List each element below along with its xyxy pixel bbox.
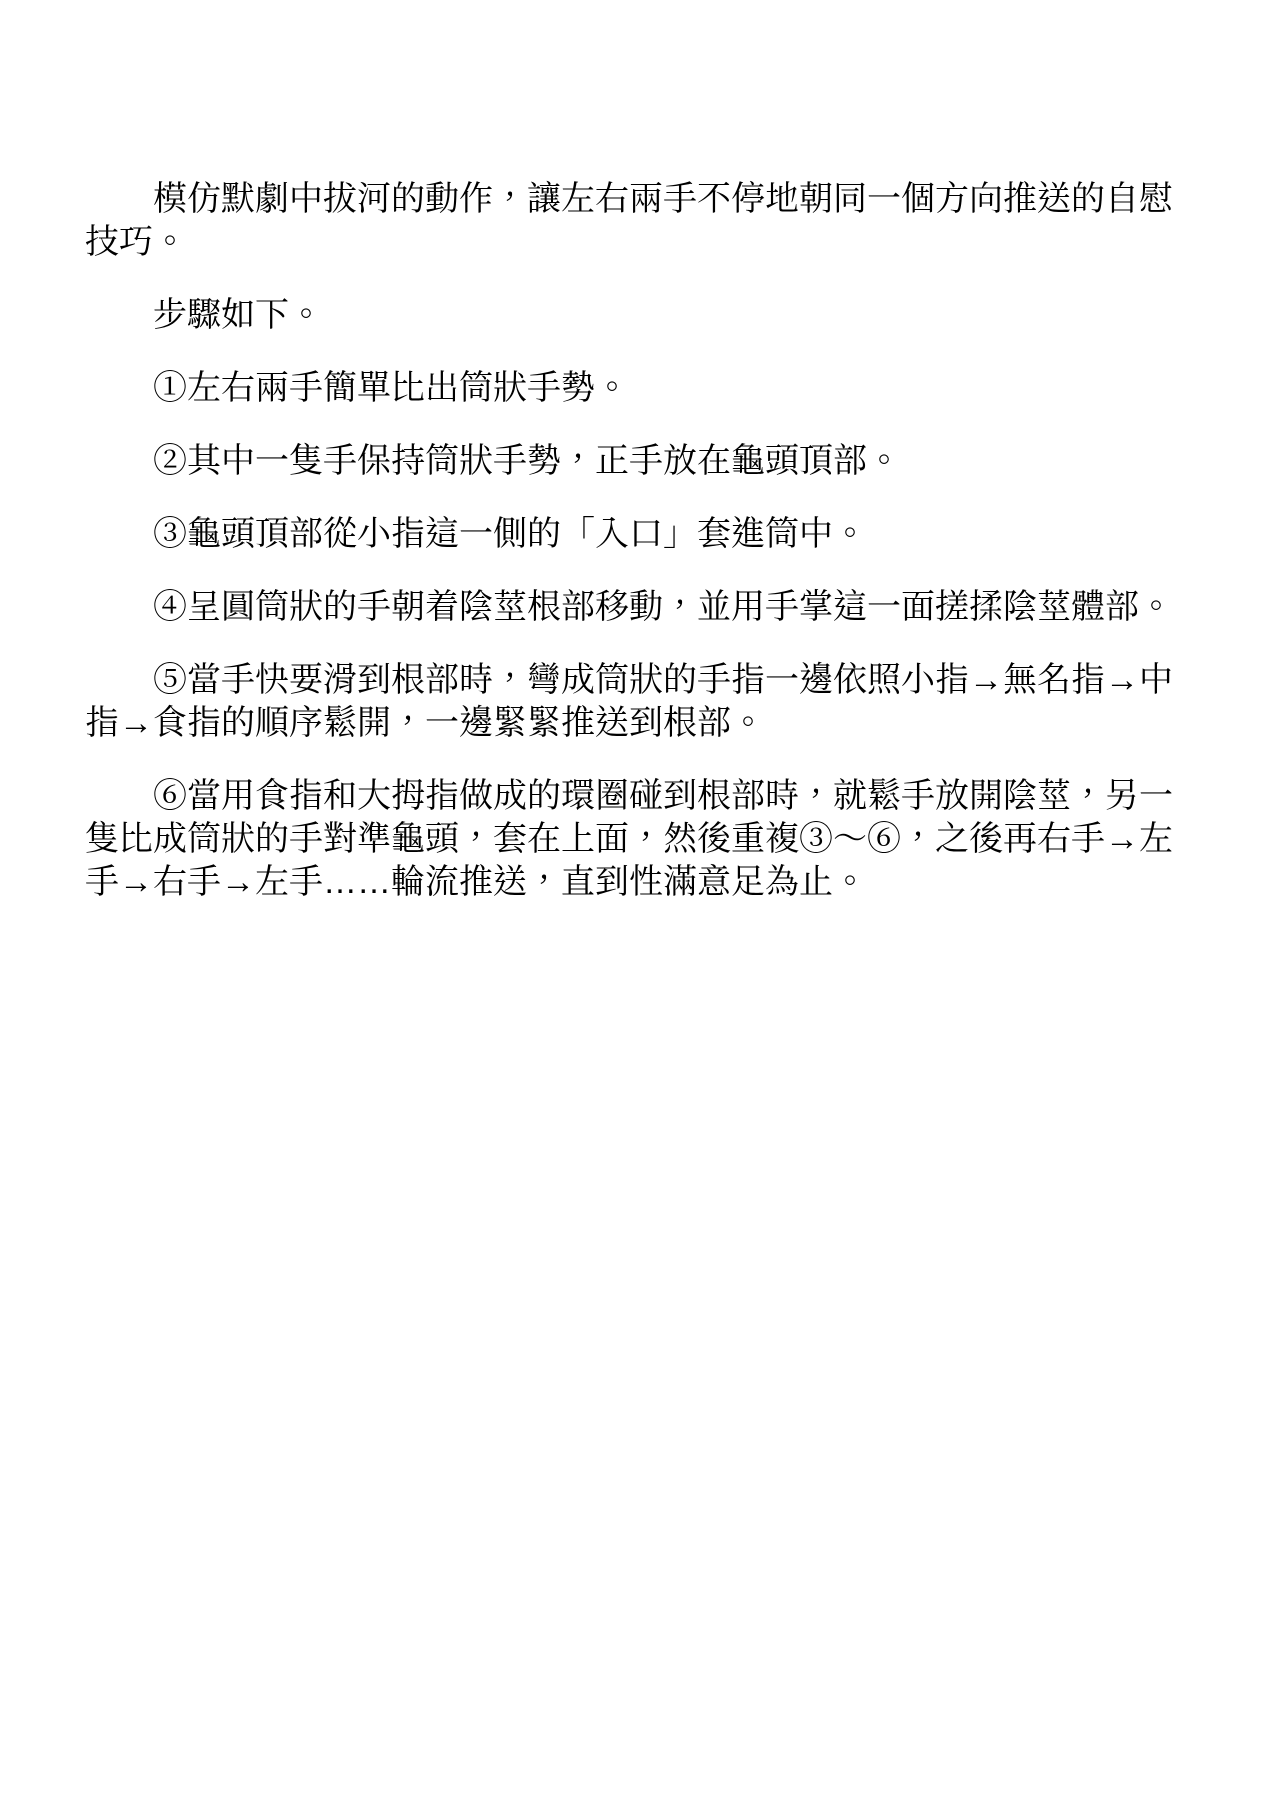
paragraph-step-5: ⑤當手快要滑到根部時，彎成筒狀的手指一邊依照小指→無名指→中指→食指的順序鬆開，… [85,659,1195,745]
document-body: 模仿默劇中拔河的動作，讓左右兩手不停地朝同一個方向推送的自慰技巧。 步驟如下。 … [85,178,1195,934]
paragraph-step-3: ③龜頭頂部從小指這一側的「入口」套進筒中。 [85,513,1195,556]
paragraph-steps-heading: 步驟如下。 [85,294,1195,337]
paragraph-step-4: ④呈圓筒狀的手朝着陰莖根部移動，並用手掌這一面搓揉陰莖體部。 [85,586,1195,629]
paragraph-step-6: ⑥當用食指和大拇指做成的環圈碰到根部時，就鬆手放開陰莖，另一隻比成筒狀的手對準龜… [85,775,1195,904]
paragraph-step-2: ②其中一隻手保持筒狀手勢，正手放在龜頭頂部。 [85,440,1195,483]
paragraph-step-1: ①左右兩手簡單比出筒狀手勢。 [85,367,1195,410]
paragraph-intro: 模仿默劇中拔河的動作，讓左右兩手不停地朝同一個方向推送的自慰技巧。 [85,178,1195,264]
document-page: 模仿默劇中拔河的動作，讓左右兩手不停地朝同一個方向推送的自慰技巧。 步驟如下。 … [0,0,1280,1813]
